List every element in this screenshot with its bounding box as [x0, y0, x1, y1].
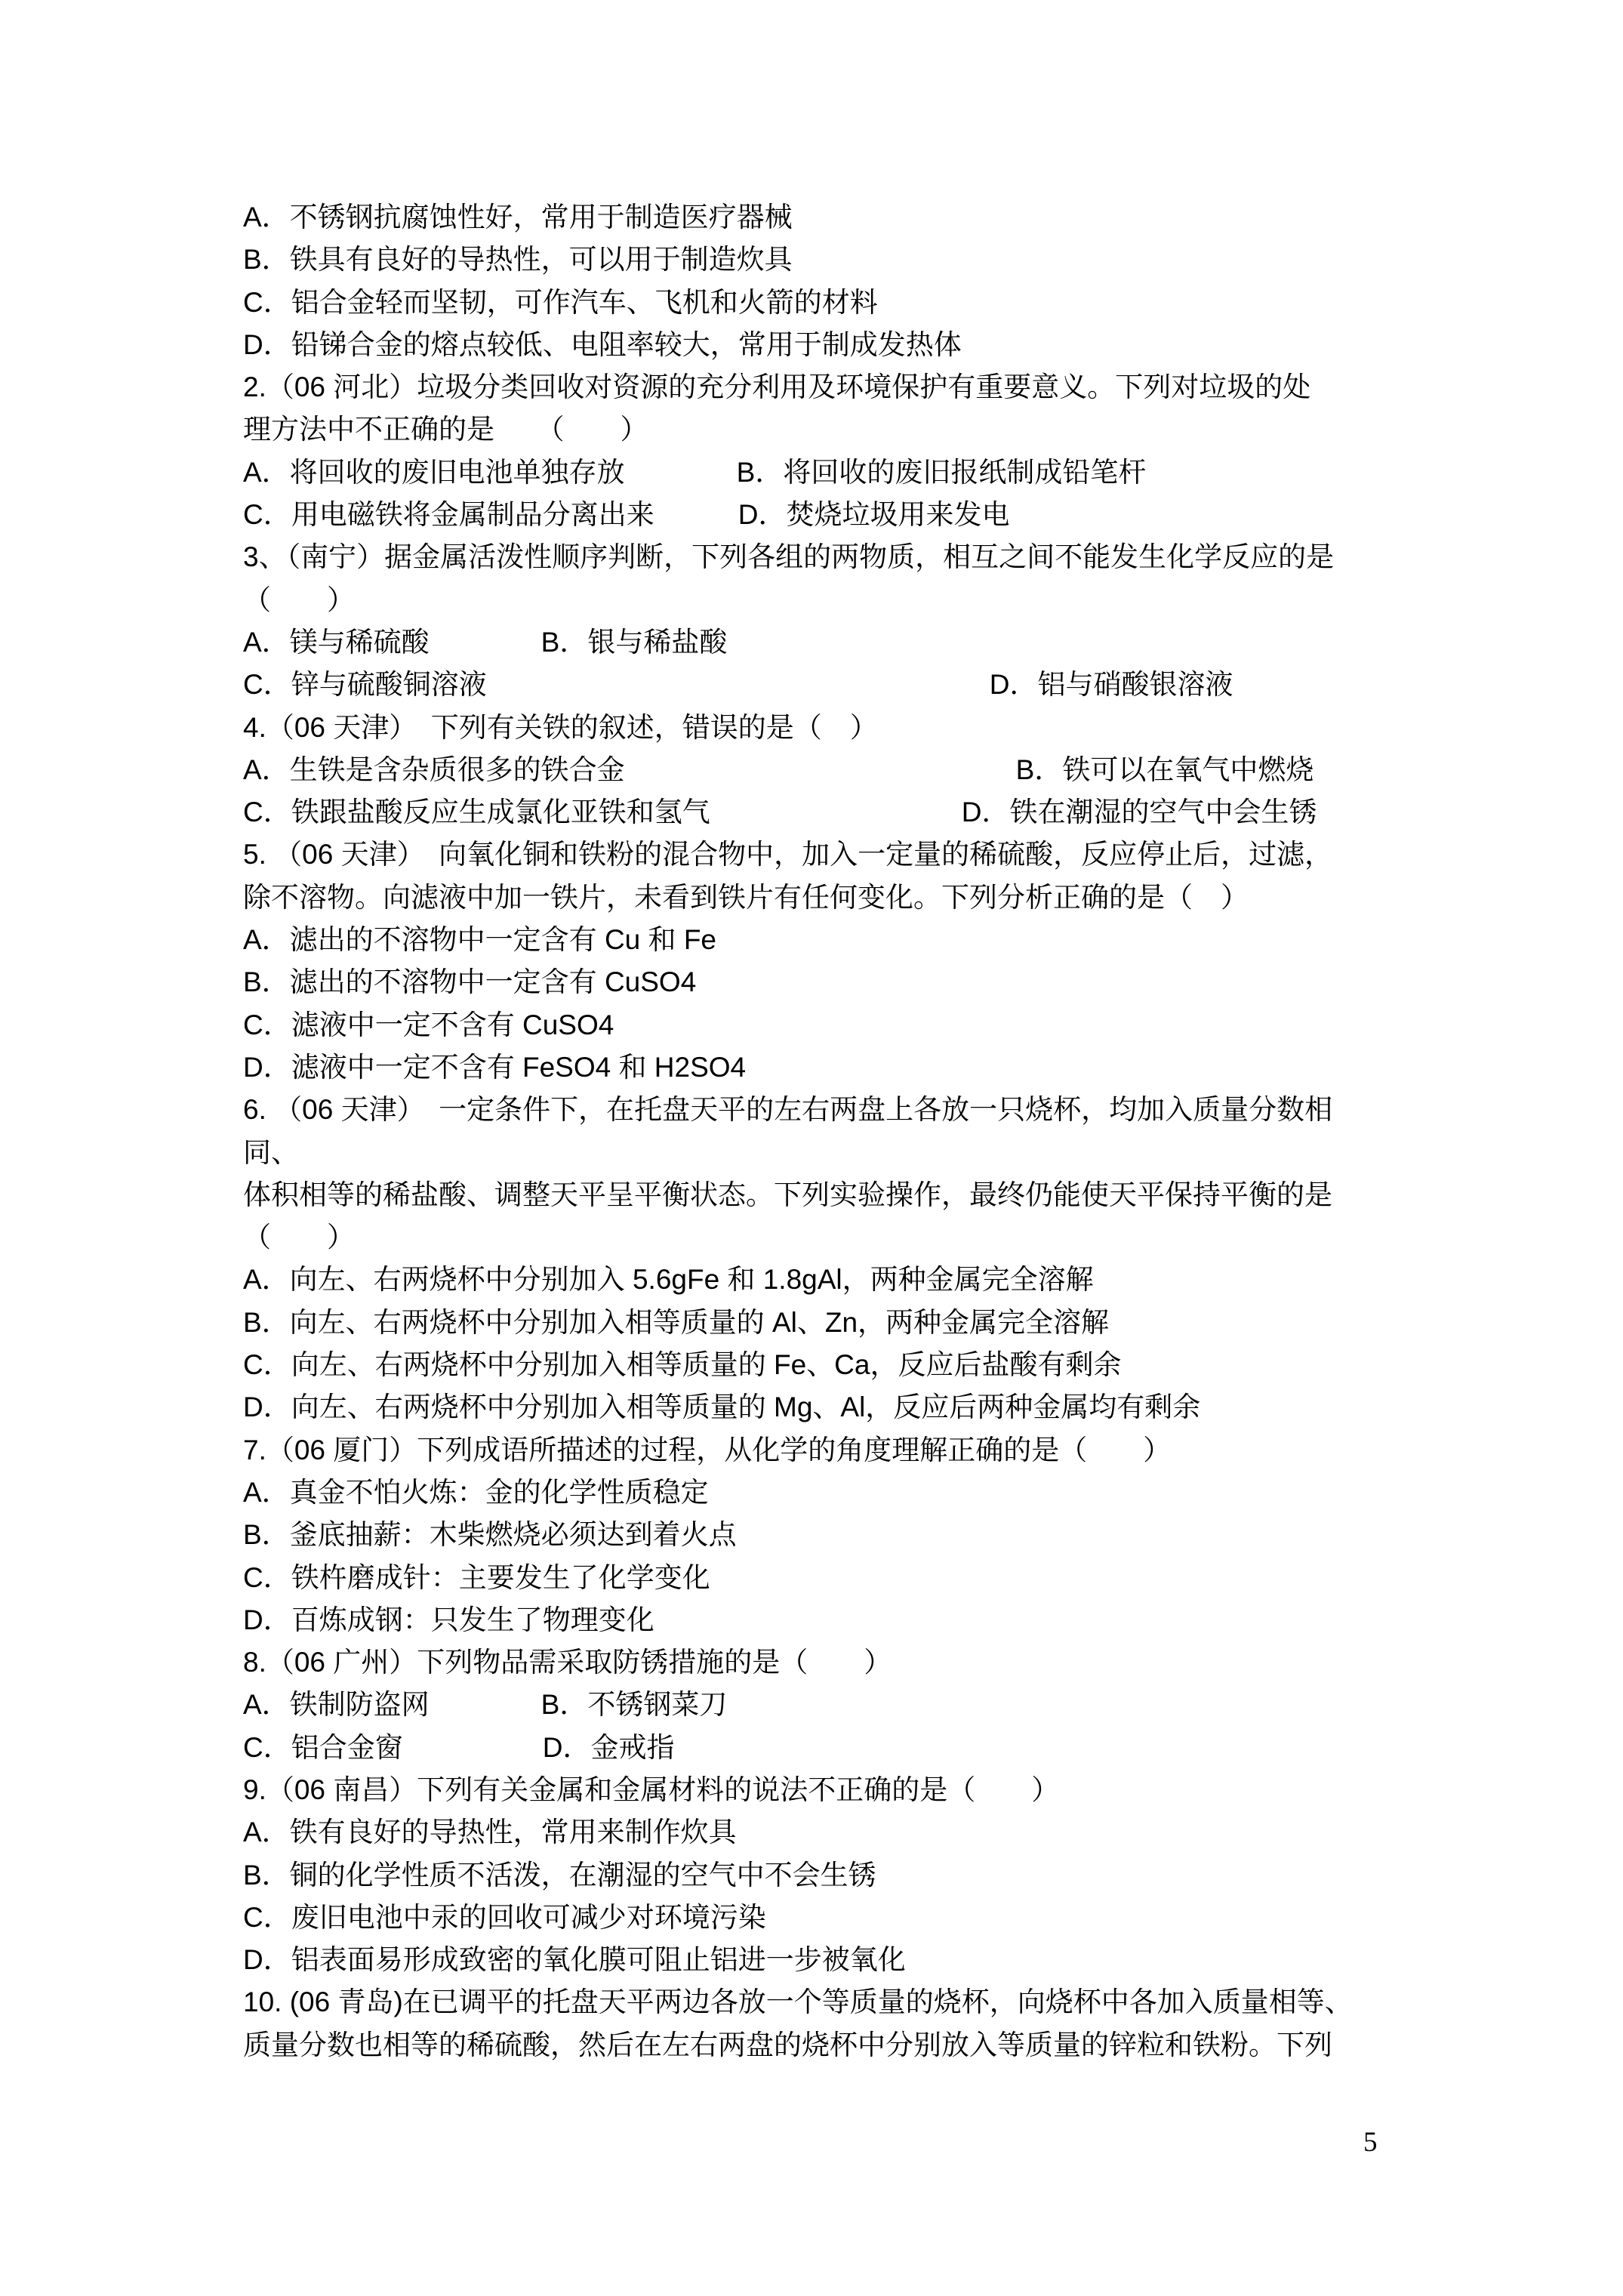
exam-questions-text-block: A．不锈钢抗腐蚀性好，常用于制造医疗器械B．铁具有良好的导热性，可以用于制造炊具… [243, 196, 1398, 2066]
text-line: 除不溶物。向滤液中加一铁片，未看到铁片有任何变化。下列分析正确的是（ ） [243, 877, 1398, 919]
text-line: 2.（06 河北）垃圾分类回收对资源的充分利用及环境保护有重要意义。下列对垃圾的… [243, 366, 1398, 408]
text-line: C．铁跟盐酸反应生成氯化亚铁和氢气 D．铁在潮湿的空气中会生锈 [243, 791, 1398, 834]
text-line: A．镁与稀硫酸 B．银与稀盐酸 [243, 621, 1398, 664]
text-line: B．釜底抽薪：木柴燃烧必须达到着火点 [243, 1514, 1398, 1556]
text-line: A．将回收的废旧电池单独存放 B．将回收的废旧报纸制成铅笔杆 [243, 451, 1398, 494]
text-line: D．向左、右两烧杯中分别加入相等质量的 Mg、Al，反应后两种金属均有剩余 [243, 1386, 1398, 1428]
text-line: C．锌与硫酸铜溶液 D．铝与硝酸银溶液 [243, 664, 1398, 706]
text-line: 4.（06 天津） 下列有关铁的叙述，错误的是（ ） [243, 707, 1398, 749]
text-line: 3、（南宁）据金属活泼性顺序判断，下列各组的两物质，相互之间不能发生化学反应的是 [243, 536, 1398, 578]
text-line: C．用电磁铁将金属制品分离出来 D．焚烧垃圾用来发电 [243, 494, 1398, 536]
text-line: A．铁有良好的导热性，常用来制作炊具 [243, 1811, 1398, 1854]
text-line: 8.（06 广州）下列物品需采取防锈措施的是（ ） [243, 1641, 1398, 1684]
text-line: B．铜的化学性质不活泼，在潮湿的空气中不会生锈 [243, 1854, 1398, 1897]
document-page: A．不锈钢抗腐蚀性好，常用于制造医疗器械B．铁具有良好的导热性，可以用于制造炊具… [0, 0, 1623, 2296]
text-line: D．铅锑合金的熔点较低、电阻率较大，常用于制成发热体 [243, 324, 1398, 366]
text-line: C．向左、右两烧杯中分别加入相等质量的 Fe、Ca，反应后盐酸有剩余 [243, 1344, 1398, 1386]
text-line: C．铝合金轻而坚韧，可作汽车、飞机和火箭的材料 [243, 282, 1398, 324]
text-line: 9.（06 南昌）下列有关金属和金属材料的说法不正确的是（ ） [243, 1769, 1398, 1811]
text-line: 体积相等的稀盐酸、调整天平呈平衡状态。下列实验操作，最终仍能使天平保持平衡的是 [243, 1174, 1398, 1216]
text-line: 10. (06 青岛)在已调平的托盘天平两边各放一个等质量的烧杯，向烧杯中各加入… [243, 1981, 1398, 2023]
text-line: 理方法中不正确的是 （ ） [243, 408, 1398, 451]
text-line: 6. （06 天津） 一定条件下，在托盘天平的左右两盘上各放一只烧杯，均加入质量… [243, 1089, 1398, 1131]
text-line: C．铁杵磨成针：主要发生了化学变化 [243, 1557, 1398, 1599]
text-line: （ ） [243, 579, 1398, 621]
text-line: A．向左、右两烧杯中分别加入 5.6gFe 和 1.8gAl，两种金属完全溶解 [243, 1259, 1398, 1301]
text-line: B．向左、右两烧杯中分别加入相等质量的 Al、Zn，两种金属完全溶解 [243, 1302, 1398, 1344]
text-line: A．生铁是含杂质很多的铁合金 B．铁可以在氧气中燃烧 [243, 749, 1398, 791]
text-line: C．滤液中一定不含有 CuSO4 [243, 1004, 1398, 1046]
text-line: A．铁制防盗网 B．不锈钢菜刀 [243, 1684, 1398, 1726]
text-line: （ ） [243, 1216, 1398, 1259]
page-number: 5 [1363, 2128, 1378, 2158]
text-line: D．铝表面易形成致密的氧化膜可阻止铝进一步被氧化 [243, 1939, 1398, 1981]
text-line: A．滤出的不溶物中一定含有 Cu 和 Fe [243, 919, 1398, 961]
text-line: 质量分数也相等的稀硫酸，然后在左右两盘的烧杯中分别放入等质量的锌粒和铁粉。下列 [243, 2024, 1398, 2066]
text-line: C．废旧电池中汞的回收可减少对环境污染 [243, 1897, 1398, 1939]
text-line: A．真金不怕火炼：金的化学性质稳定 [243, 1472, 1398, 1514]
text-line: B．滤出的不溶物中一定含有 CuSO4 [243, 961, 1398, 1003]
text-line: B．铁具有良好的导热性，可以用于制造炊具 [243, 239, 1398, 281]
text-line: 5. （06 天津） 向氧化铜和铁粉的混合物中，加入一定量的稀硫酸，反应停止后，… [243, 834, 1398, 876]
text-line: D．百炼成钢：只发生了物理变化 [243, 1599, 1398, 1641]
text-line: C．铝合金窗 D．金戒指 [243, 1727, 1398, 1769]
text-line: 7.（06 厦门）下列成语所描述的过程，从化学的角度理解正确的是（ ） [243, 1429, 1398, 1472]
text-line: D．滤液中一定不含有 FeSO4 和 H2SO4 [243, 1046, 1398, 1089]
text-line: A．不锈钢抗腐蚀性好，常用于制造医疗器械 [243, 196, 1398, 239]
text-line: 同、 [243, 1132, 1398, 1174]
